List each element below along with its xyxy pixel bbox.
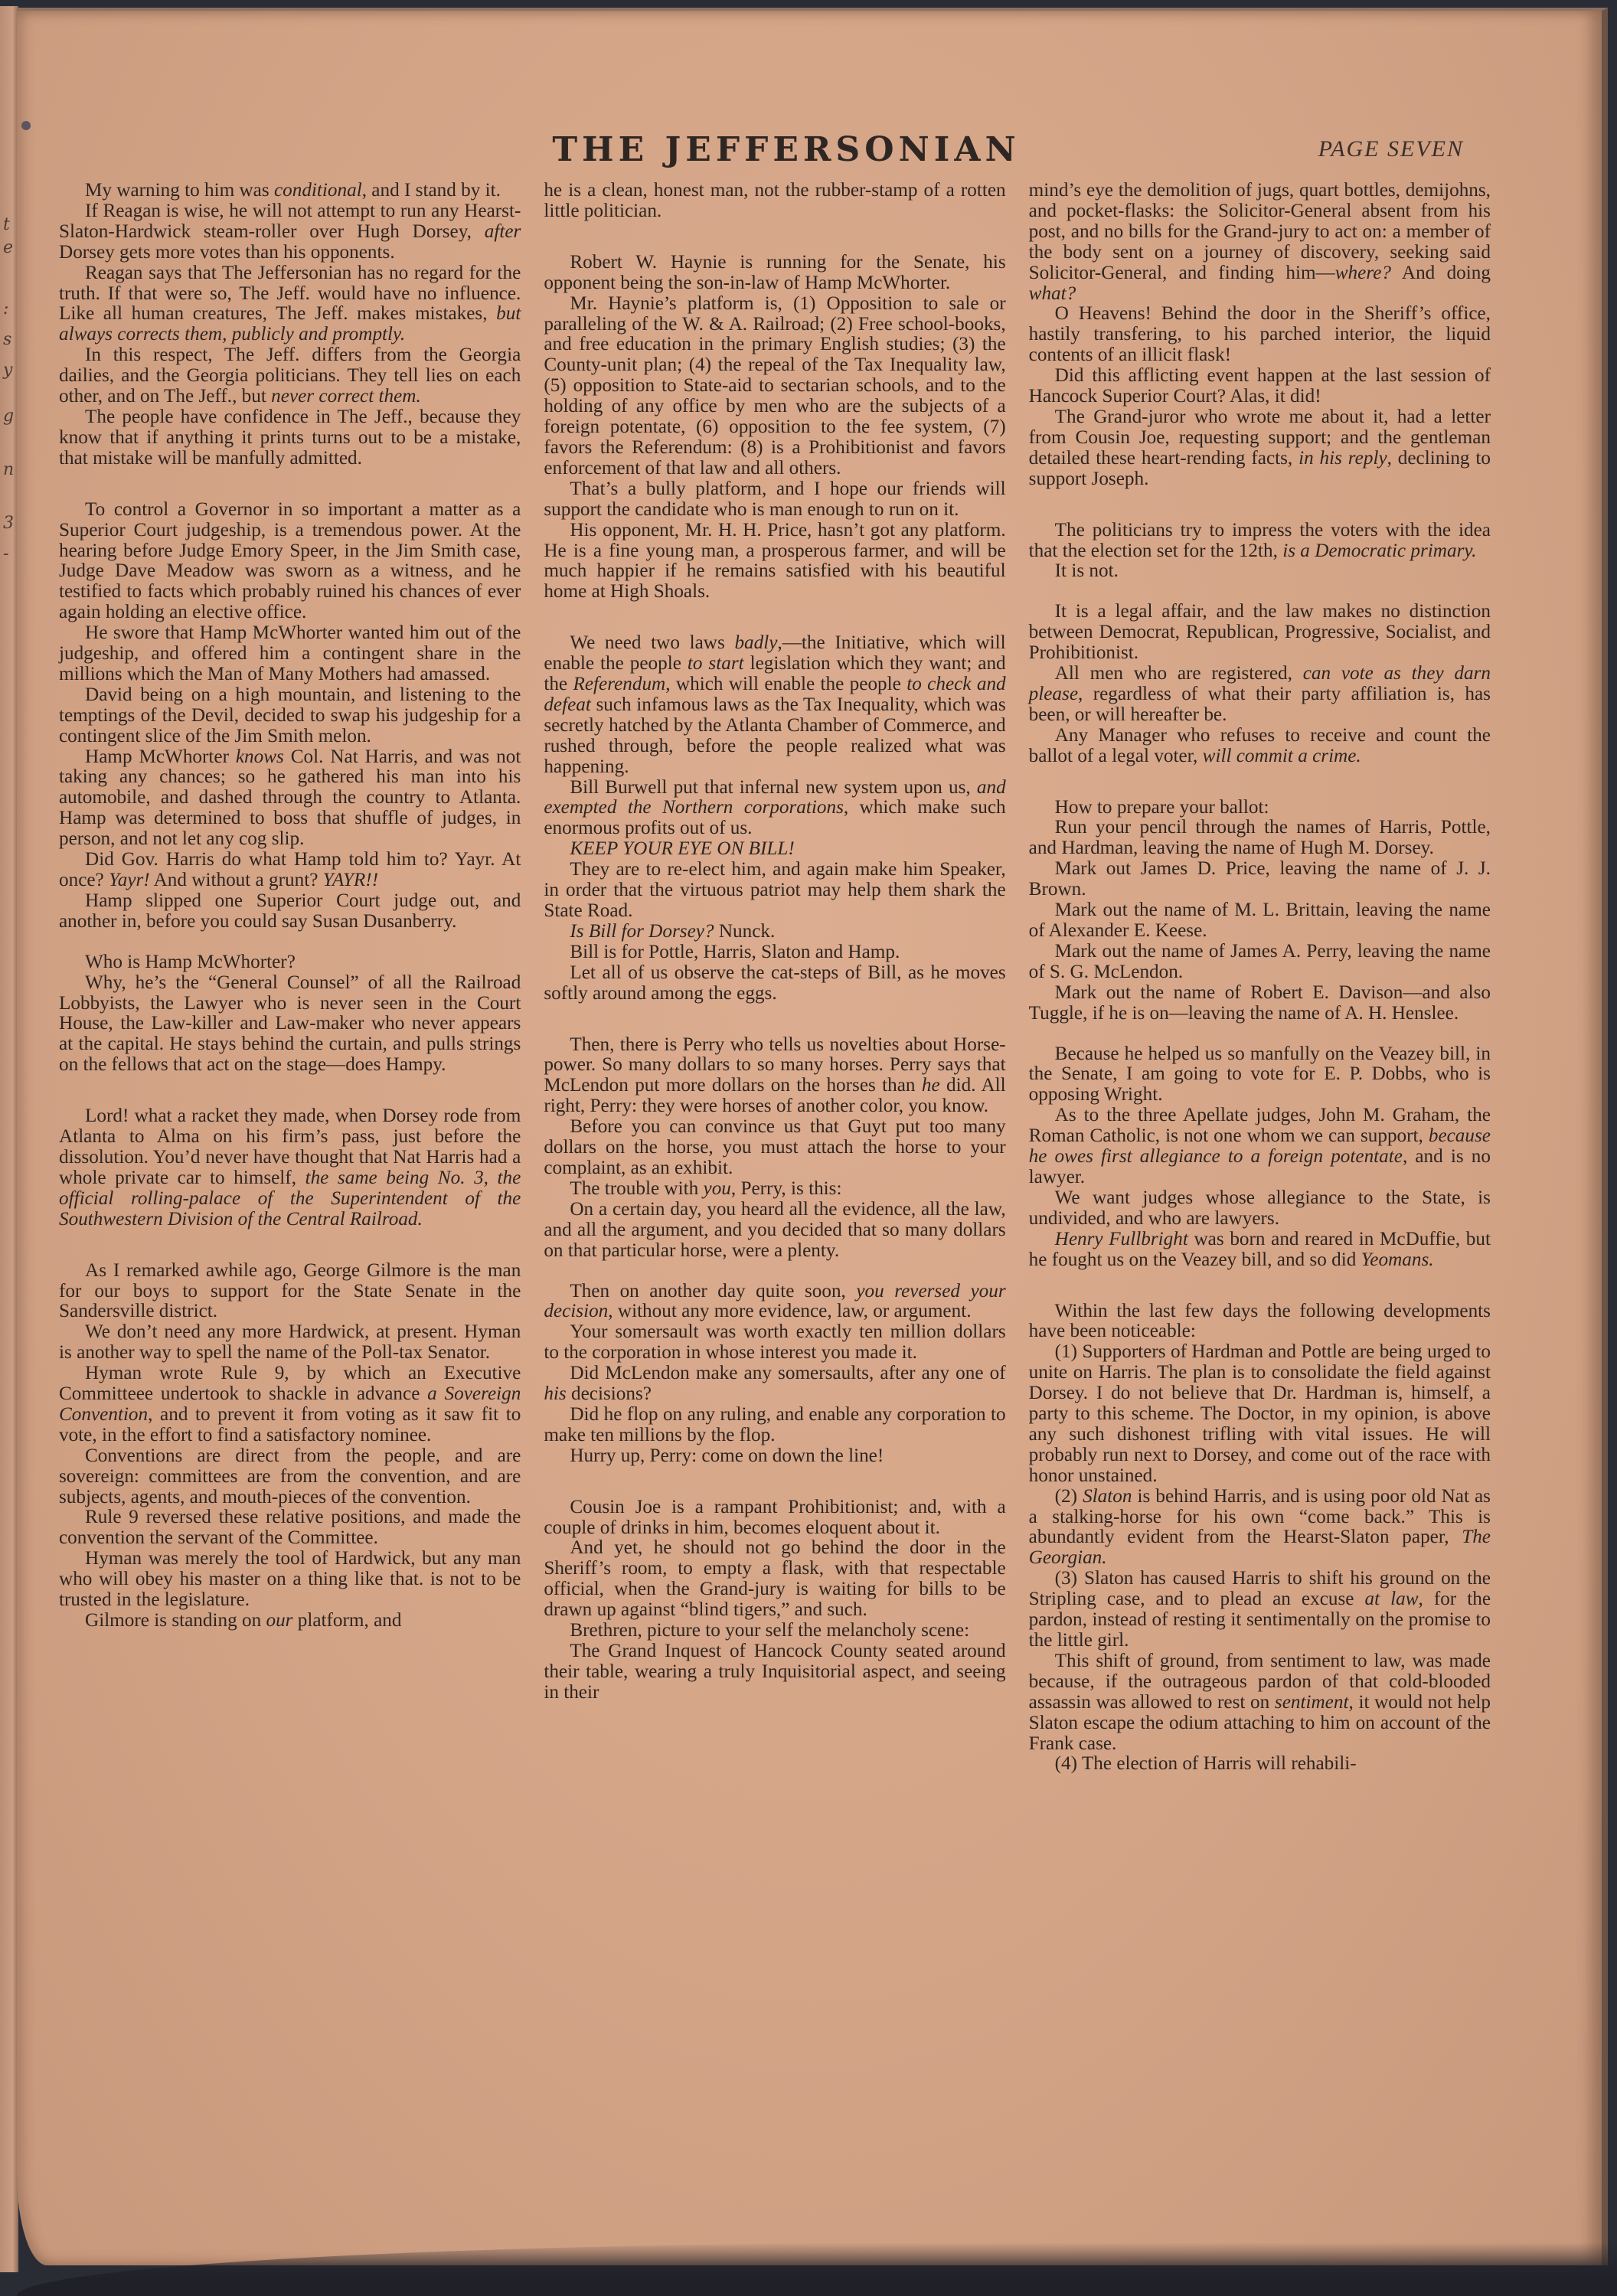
article-paragraph: Bill is for Pottle, Harris, Slaton and H…	[544, 942, 1005, 963]
article-paragraph: Reagan says that The Jeffersonian has no…	[59, 263, 521, 346]
article-paragraph: Robert W. Haynie is running for the Sena…	[544, 253, 1005, 294]
article-paragraph: We need two laws badly,—the Initiative, …	[544, 633, 1005, 777]
adjacent-page-glyph: n	[0, 458, 14, 482]
article-paragraph: That’s a bully platform, and I hope our …	[544, 479, 1005, 521]
article-paragraph: Did Gov. Harris do what Hamp told him to…	[59, 850, 521, 891]
article-paragraph: Mark out the name of James A. Perry, lea…	[1029, 942, 1491, 983]
article-paragraph: Lord! what a racket they made, when Dors…	[59, 1106, 521, 1230]
article-paragraph: In this respect, The Jeff. differs from …	[59, 345, 521, 407]
article-paragraph: And yet, he should not go behind the doo…	[544, 1538, 1005, 1621]
adjacent-page-glyph: 3	[0, 511, 14, 536]
article-paragraph: The people have confidence in The Jeff.,…	[59, 407, 521, 469]
adjacent-page-glyph: y	[0, 358, 12, 383]
article-paragraph: Mark out the name of Robert E. Davison—a…	[1029, 983, 1491, 1024]
article-paragraph: (1) Supporters of Hardman and Pottle are…	[1029, 1342, 1491, 1486]
article-paragraph: The Grand-juror who wrote me about it, h…	[1029, 407, 1491, 490]
article-paragraph: Your somersault was worth exactly ten mi…	[544, 1322, 1005, 1364]
article-paragraph: Any Manager who refuses to receive and c…	[1029, 726, 1491, 767]
adjacent-page-glyph: g	[0, 404, 14, 429]
article-paragraph: Rule 9 reversed these relative positions…	[59, 1507, 521, 1549]
article-paragraph: Hamp McWhorter knows Col. Nat Harris, an…	[59, 747, 521, 851]
article-paragraph: Did McLendon make any somersaults, after…	[544, 1364, 1005, 1405]
article-paragraph: Because he helped us so manfully on the …	[1029, 1044, 1491, 1106]
article-paragraph: All men who are registered, can vote as …	[1029, 664, 1491, 726]
article-paragraph: Did this afflicting event happen at the …	[1029, 366, 1491, 407]
article-paragraph: Hyman wrote Rule 9, by which an Executiv…	[59, 1364, 521, 1446]
adjacent-page-edge: te:sygn3-	[0, 6, 18, 2272]
article-paragraph: David being on a high mountain, and list…	[59, 685, 521, 747]
article-paragraph: mind’s eye the demolition of jugs, quart…	[1029, 181, 1491, 304]
article-paragraph: Why, he’s the “General Counsel” of all t…	[59, 973, 521, 1076]
article-paragraph: he is a clean, honest man, not the rubbe…	[544, 181, 1005, 222]
article-paragraph: The trouble with you, Perry, is this:	[544, 1179, 1005, 1200]
article-paragraph: Mark out the name of M. L. Brittain, lea…	[1029, 900, 1491, 942]
article-paragraph: My warning to him was conditional, and I…	[59, 181, 521, 201]
article-paragraph: Hamp slipped one Superior Court judge ou…	[59, 891, 521, 932]
article-paragraph: As to the three Apellate judges, John M.…	[1029, 1106, 1491, 1188]
article-paragraph: Hyman was merely the tool of Hardwick, b…	[59, 1549, 521, 1611]
article-paragraph: The Grand Inquest of Hancock County seat…	[544, 1641, 1005, 1703]
newspaper-page: THE JEFFERSONIAN PAGE SEVEN My warning t…	[17, 8, 1608, 2265]
article-paragraph: Bill Burwell put that infernal new syste…	[544, 778, 1005, 840]
article-paragraph: How to prepare your ballot:	[1029, 798, 1491, 818]
column-left: My warning to him was conditional, and I…	[59, 181, 521, 2248]
article-paragraph: The politicians try to impress the voter…	[1029, 521, 1491, 562]
adjacent-page-glyph: :	[0, 297, 8, 322]
article-paragraph: Did he flop on any ruling, and enable an…	[544, 1405, 1005, 1446]
column-middle: he is a clean, honest man, not the rubbe…	[544, 181, 1005, 2248]
article-paragraph: They are to re-elect him, and again make…	[544, 860, 1005, 922]
page-number-label: PAGE SEVEN	[1318, 136, 1464, 162]
article-paragraph: Hurry up, Perry: come on down the line!	[544, 1446, 1005, 1467]
article-paragraph: This shift of ground, from sentiment to …	[1029, 1651, 1491, 1755]
scanned-sheet: te:sygn3- THE JEFFERSONIAN PAGE SEVEN My…	[0, 0, 1617, 2296]
column-right: mind’s eye the demolition of jugs, quart…	[1029, 181, 1491, 2248]
article-columns: My warning to him was conditional, and I…	[59, 181, 1491, 2248]
article-paragraph: Within the last few days the following d…	[1029, 1302, 1491, 1343]
article-paragraph: As I remarked awhile ago, George Gilmore…	[59, 1261, 521, 1323]
article-paragraph: Cousin Joe is a rampant Prohibitionist; …	[544, 1497, 1005, 1539]
adjacent-page-glyph: -	[0, 542, 8, 567]
article-paragraph: Who is Hamp McWhorter?	[59, 952, 521, 973]
article-paragraph: Henry Fullbright was born and reared in …	[1029, 1230, 1491, 1271]
article-paragraph: (2) Slaton is behind Harris, and is usin…	[1029, 1487, 1491, 1569]
article-paragraph: Is Bill for Dorsey? Nunck.	[544, 922, 1005, 942]
article-paragraph: On a certain day, you heard all the evid…	[544, 1200, 1005, 1262]
article-paragraph: Gilmore is standing on our platform, and	[59, 1611, 521, 1631]
article-paragraph: He swore that Hamp McWhorter wanted him …	[59, 623, 521, 685]
article-paragraph: We want judges whose allegiance to the S…	[1029, 1188, 1491, 1230]
article-paragraph: O Heavens! Behind the door in the Sherif…	[1029, 304, 1491, 366]
article-paragraph: Before you can convince us that Guyt put…	[544, 1117, 1005, 1179]
article-paragraph: Then on another day quite soon, you reve…	[544, 1282, 1005, 1323]
article-paragraph: Then, there is Perry who tells us novelt…	[544, 1035, 1005, 1118]
article-paragraph: (4) The election of Harris will rehabili…	[1029, 1754, 1491, 1775]
masthead: THE JEFFERSONIAN PAGE SEVEN	[17, 126, 1602, 171]
article-paragraph: Let all of us observe the cat-steps of B…	[544, 963, 1005, 1004]
article-paragraph: Mr. Haynie’s platform is, (1) Opposition…	[544, 294, 1005, 479]
article-paragraph: It is not.	[1029, 561, 1491, 582]
article-paragraph: KEEP YOUR EYE ON BILL!	[544, 839, 1005, 860]
article-paragraph: If Reagan is wise, he will not attempt t…	[59, 201, 521, 263]
article-paragraph: Run your pencil through the names of Har…	[1029, 818, 1491, 859]
adjacent-page-glyph: s	[0, 328, 11, 352]
article-paragraph: We don’t need any more Hardwick, at pres…	[59, 1322, 521, 1364]
publication-title: THE JEFFERSONIAN	[518, 130, 1054, 169]
article-paragraph: (3) Slaton has caused Harris to shift hi…	[1029, 1569, 1491, 1651]
article-paragraph: Mark out James D. Price, leaving the nam…	[1029, 859, 1491, 900]
adjacent-page-glyph: t	[0, 213, 10, 237]
article-paragraph: Conventions are direct from the people, …	[59, 1446, 521, 1508]
article-paragraph: Brethren, picture to your self the melan…	[544, 1621, 1005, 1641]
article-paragraph: It is a legal affair, and the law makes …	[1029, 602, 1491, 664]
adjacent-page-glyph: e	[0, 236, 13, 260]
article-paragraph: To control a Governor in so important a …	[59, 500, 521, 623]
article-paragraph: His opponent, Mr. H. H. Price, hasn’t go…	[544, 521, 1005, 603]
